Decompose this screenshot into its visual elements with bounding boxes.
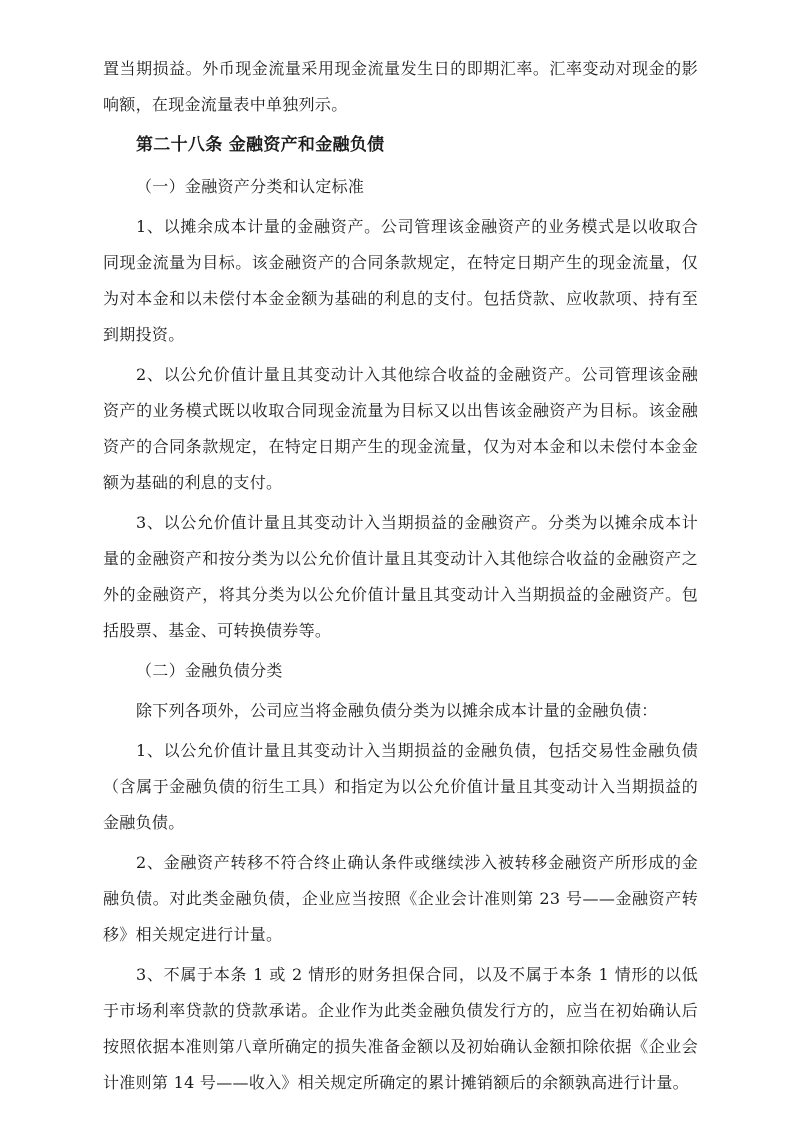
article-heading-28: 第二十八条 金融资产和金融负债 [103,127,698,163]
liability-item-3-guarantee-contracts: 3、不属于本条 1 或 2 情形的财务担保合同，以及不属于本条 1 情形的以低于… [103,957,698,1101]
liability-item-2-transfer: 2、金融资产转移不符合终止确认条件或继续涉入被转移金融资产所形成的金融负债。对此… [103,845,698,953]
asset-item-1-amortized-cost: 1、以摊余成本计量的金融资产。公司管理该金融资产的业务模式是以收取合同现金流量为… [103,209,698,353]
document-page: 置当期损益。外币现金流量采用现金流量发生日的即期汇率。汇率变动对现金的影响额，在… [0,0,793,1122]
paragraph-liability-intro: 除下列各项外，公司应当将金融负债分类为以摊余成本计量的金融负债： [103,693,698,729]
section-label-financial-asset-classification: （一）金融资产分类和认定标准 [103,169,698,205]
liability-item-1-fvtpl: 1、以公允价值计量且其变动计入当期损益的金融负债，包括交易性金融负债（含属于金融… [103,733,698,841]
section-label-financial-liability-classification: （二）金融负债分类 [103,653,698,689]
asset-item-3-fvtpl: 3、以公允价值计量且其变动计入当期损益的金融资产。分类为以摊余成本计量的金融资产… [103,505,698,649]
asset-item-2-fvoci: 2、以公允价值计量且其变动计入其他综合收益的金融资产。公司管理该金融资产的业务模… [103,357,698,501]
paragraph-continuation-cash-flow: 置当期损益。外币现金流量采用现金流量发生日的即期汇率。汇率变动对现金的影响额，在… [103,51,698,123]
